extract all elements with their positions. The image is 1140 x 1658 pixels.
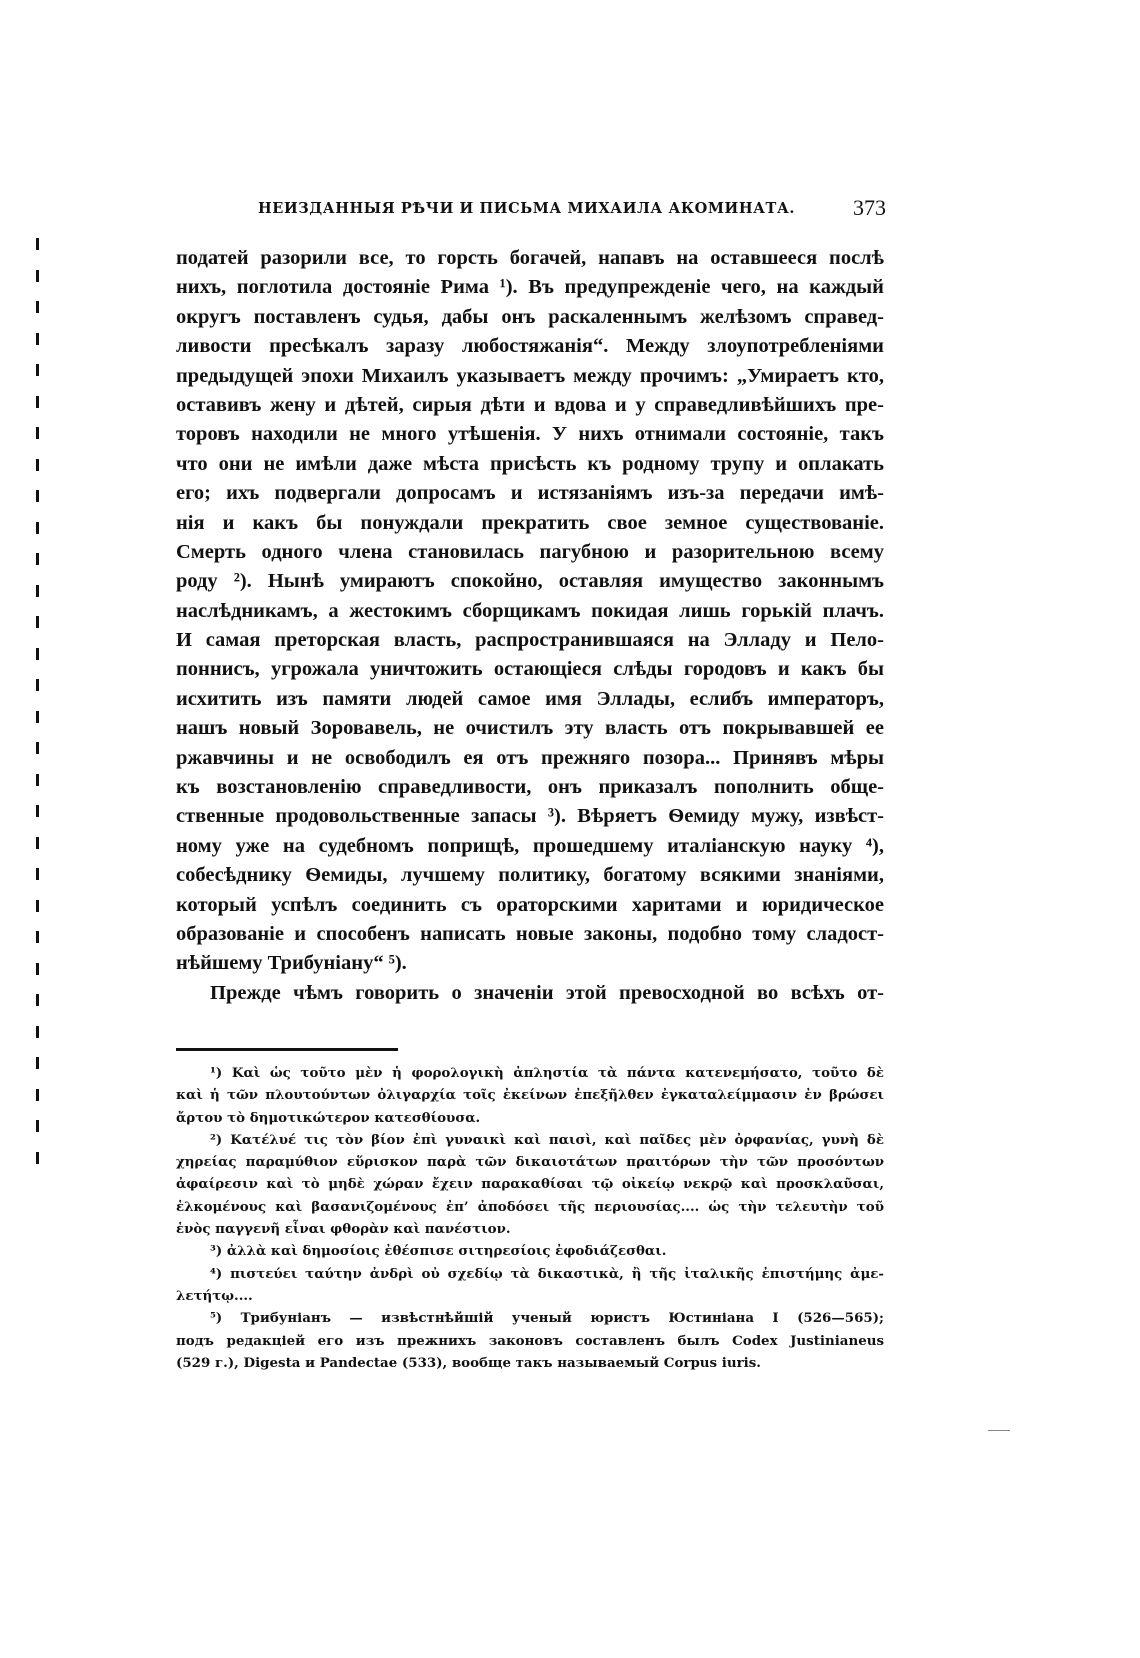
- body-line: нихъ, поглотила достояніе Рима ¹). Въ пр…: [176, 273, 884, 302]
- body-line: ственные продовольственные запасы ³). Вѣ…: [176, 802, 884, 831]
- body-line: наслѣдникамъ, а жестокимъ сборщикамъ пок…: [176, 597, 884, 626]
- scan-artifact-dash: [988, 1430, 1010, 1431]
- body-line: нѣйшему Трибуніану“ ⁵).: [176, 949, 884, 978]
- body-line: Смерть одного члена становилась пагубною…: [176, 538, 884, 567]
- body-line: который успѣлъ соединить съ ораторскими …: [176, 891, 884, 920]
- body-line: собесѣднику Ѳемиды, лучшему политику, бо…: [176, 861, 884, 890]
- footnote-line: ²) Κατέλυέ τις τὸν βίον ἐπὶ γυναικὶ καὶ …: [176, 1129, 884, 1151]
- scan-margin-marks: [36, 238, 44, 1183]
- body-line: ливости пресѣкалъ заразу любостяжанія“. …: [176, 332, 884, 361]
- footnote-line: ⁴) πιστεύει ταύτην ἀνδρὶ οὐ σχεδίῳ τὰ δι…: [176, 1263, 884, 1285]
- body-line: податей разорили все, то горсть богачей,…: [176, 244, 884, 273]
- footnote-line: ³) ἀλλὰ καὶ δημοσίοις ἐθέσπισε σιτηρεσίο…: [176, 1240, 884, 1262]
- footnote-rule: [176, 1048, 398, 1051]
- footnote-line: ¹) Καὶ ὡς τοῦτο μὲν ἡ φορολογικὴ ἀπληστί…: [176, 1062, 884, 1084]
- footnote-line: χηρείας παραμύθιον εὕρισκον παρὰ τῶν δικ…: [176, 1151, 884, 1173]
- body-line: ному уже на судебномъ поприщѣ, прошедшем…: [176, 832, 884, 861]
- body-line: исхитить изъ памяти людей самое имя Элла…: [176, 685, 884, 714]
- body-line: нія и какъ бы понуждали прекратить свое …: [176, 509, 884, 538]
- body-line: роду ²). Нынѣ умираютъ спокойно, оставля…: [176, 567, 884, 596]
- body-line: къ возстановленію справедливости, онъ пр…: [176, 773, 884, 802]
- footnote-line: (529 г.), Digesta и Pandectae (533), воо…: [176, 1352, 884, 1374]
- footnote-line: ἑνὸς παγγενῆ εἶναι φθορὰν καὶ πανέστιον.: [176, 1218, 884, 1240]
- footnote-line: ἄρτου τὸ δημοτικώτερον κατεσθίουσα.: [176, 1107, 884, 1129]
- body-line: ржавчины и не освободилъ ея отъ прежняго…: [176, 744, 884, 773]
- running-title: НЕИЗДАННЫЯ РѢЧИ И ПИСЬМА МИХАИЛА АКОМИНА…: [258, 200, 795, 217]
- body-line: оставивъ жену и дѣтей, сирыя дѣти и вдов…: [176, 391, 884, 420]
- footnote-line: καὶ ἡ τῶν πλουτούντων ὀλιγαρχία τοῖς ἐκε…: [176, 1084, 884, 1106]
- footnote-line: λετήτῳ....: [176, 1285, 884, 1307]
- body-line: торовъ находили не много утѣшенія. У них…: [176, 420, 884, 449]
- body-line: нашъ новый Зоровавель, не очистилъ эту в…: [176, 714, 884, 743]
- body-line: Прежде чѣмъ говорить о значеніи этой пре…: [176, 979, 884, 1008]
- body-line: образованіе и способенъ написать новые з…: [176, 920, 884, 949]
- body-line: И самая преторская власть, распространив…: [176, 626, 884, 655]
- body-line: предыдущей эпохи Михаилъ указываетъ межд…: [176, 362, 884, 391]
- page-number: 373: [853, 195, 886, 221]
- footnotes: ¹) Καὶ ὡς τοῦτο μὲν ἡ φορολογικὴ ἀπληστί…: [176, 1062, 884, 1374]
- body-text: податей разорили все, то горсть богачей,…: [176, 244, 884, 1008]
- body-line: что они не имѣли даже мѣста присѣсть къ …: [176, 450, 884, 479]
- body-line: округъ поставленъ судья, дабы онъ раскал…: [176, 303, 884, 332]
- body-line: его; ихъ подвергали допросамъ и истязані…: [176, 479, 884, 508]
- footnote-line: ἀφαίρεσιν καὶ τὸ μηδὲ χώραν ἔχειν παρακα…: [176, 1173, 884, 1195]
- running-header: НЕИЗДАННЫЯ РѢЧИ И ПИСЬМА МИХАИЛА АКОМИНА…: [258, 198, 886, 222]
- footnote-line: подъ редакціей его изъ прежнихъ законовъ…: [176, 1330, 884, 1352]
- body-line: поннисъ, угрожала уничтожить остающіеся …: [176, 655, 884, 684]
- footnote-line: ⁵) Трибуніанъ — извѣстнѣйшій ученый юрис…: [176, 1307, 884, 1329]
- footnote-line: ἑλκομένους καὶ βασανιζομένους ἐπ’ ἀποδόσ…: [176, 1196, 884, 1218]
